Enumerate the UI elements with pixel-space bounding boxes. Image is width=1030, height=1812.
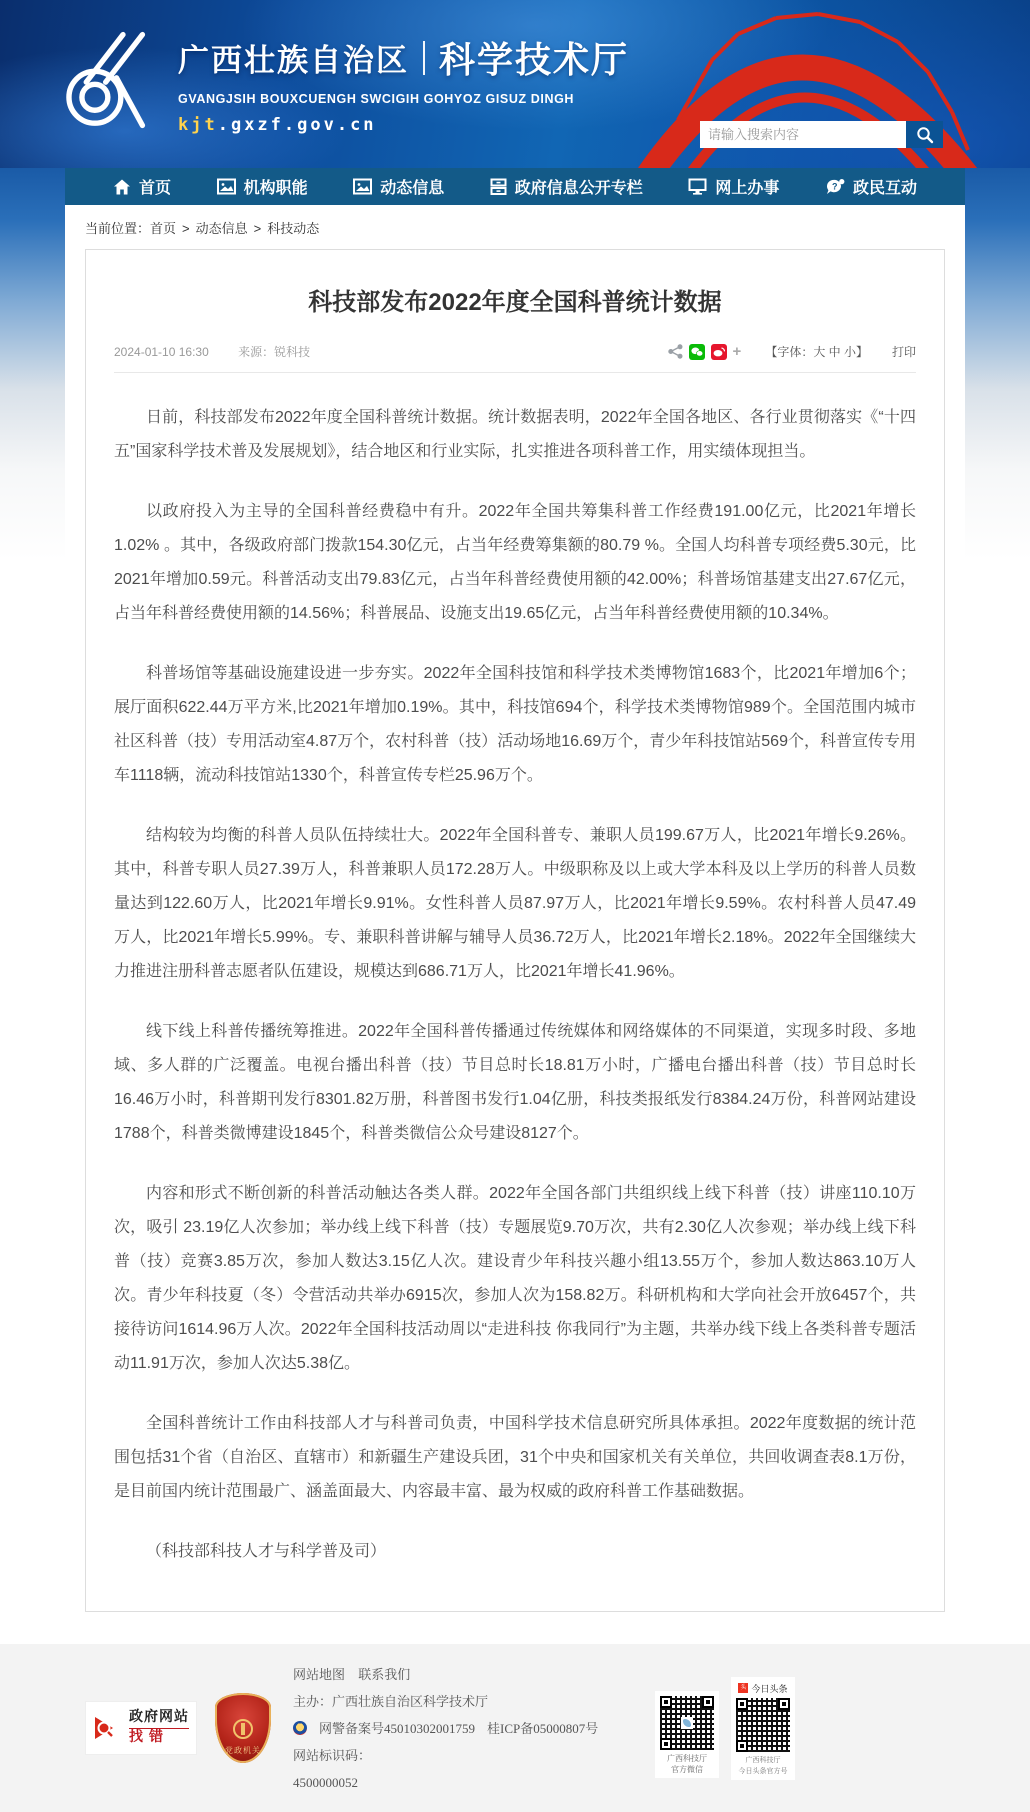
main-nav: 首页 机构职能 动态信息 政府信息公开专栏 网上办事 ? 政民互动 xyxy=(65,168,965,205)
badge-find-line1: 政府网站 xyxy=(129,1709,189,1727)
article-container: 科技部发布2022年度全国科普统计数据 2024-01-10 16:30 来源：… xyxy=(85,249,945,1612)
paragraph: 结构较为均衡的科普人员队伍持续壮大。2022年全国科普专、兼职人员199.67万… xyxy=(114,819,916,989)
brand-subtitle: GVANGJSIH BOUXCUENGH SWCIGIH GOHYOZ GISU… xyxy=(178,92,629,106)
party-badge-label: 党政机关 xyxy=(225,1745,261,1756)
paragraph-signoff: （科技部科技人才与科学普及司） xyxy=(114,1535,916,1569)
brand-divider xyxy=(423,41,425,75)
badge-find-line2: 找错 xyxy=(129,1728,189,1747)
share-bar: + xyxy=(668,343,742,360)
party-shield-badge[interactable]: 党政机关 xyxy=(215,1693,271,1763)
toutiao-qr-caption1: 广西科技厅 xyxy=(736,1755,790,1766)
magnifier-flag-icon xyxy=(93,1713,123,1743)
article-body: 日前，科技部发布2022年度全国科普统计数据。统计数据表明，2022年全国各地区… xyxy=(114,401,916,1569)
paragraph: 日前，科技部发布2022年度全国科普统计数据。统计数据表明，2022年全国各地区… xyxy=(114,401,916,469)
nav-label: 政府信息公开专栏 xyxy=(515,175,643,198)
org-name: 广西壮族自治区 xyxy=(178,35,409,80)
site-search xyxy=(700,121,943,148)
archive-icon xyxy=(490,178,507,196)
more-share-icon[interactable]: + xyxy=(733,343,742,360)
police-record-number[interactable]: 网警备案号45010302001759 xyxy=(319,1715,475,1742)
gov-site-error-report-badge[interactable]: 政府网站 找错 xyxy=(85,1701,197,1755)
nav-item-org-functions[interactable]: 机构职能 xyxy=(217,175,308,198)
site-banner: 广西壮族自治区 科学技术厅 GVANGJSIH BOUXCUENGH SWCIG… xyxy=(0,0,1030,168)
paragraph: 科普场馆等基础设施建设进一步夯实。2022年全国科技馆和科学技术类博物馆1683… xyxy=(114,657,916,793)
nav-label: 动态信息 xyxy=(380,175,444,198)
gxst-logo-icon xyxy=(56,24,164,136)
nav-item-interaction[interactable]: ? 政民互动 xyxy=(825,175,917,198)
breadcrumb: 当前位置：首页>动态信息>科技动态 xyxy=(65,205,965,247)
nav-label: 政民互动 xyxy=(853,175,917,198)
site-brand: 广西壮族自治区 科学技术厅 GVANGJSIH BOUXCUENGH SWCIG… xyxy=(178,32,629,135)
breadcrumb-home-link[interactable]: 首页 xyxy=(150,221,176,236)
article-meta: 2024-01-10 16:30 来源：锐科技 + 【字体：大 中 xyxy=(114,343,916,373)
paragraph: 以政府投入为主导的全国科普经费稳中有升。2022年全国共筹集科普工作经费191.… xyxy=(114,495,916,631)
monitor-icon xyxy=(688,178,707,195)
qr-center-logo-icon xyxy=(681,1717,693,1729)
search-button[interactable] xyxy=(906,121,943,148)
breadcrumb-section-link[interactable]: 动态信息 xyxy=(196,221,248,236)
toutiao-qr-card: 头 今日头条 广西科技厅 今日头条官方号 xyxy=(731,1677,795,1780)
site-footer: 政府网站 找错 党政机关 网站地图 联系我们 主办：广西壮族自治区科学技术厅 网… xyxy=(0,1644,1030,1812)
print-button[interactable]: 打印 xyxy=(892,343,916,360)
article-date: 2024-01-10 16:30 xyxy=(114,345,209,359)
paragraph: 线下线上科普传播统筹推进。2022年全国科普传播通过传统媒体和网络媒体的不同渠道… xyxy=(114,1015,916,1151)
search-icon xyxy=(916,126,934,144)
wechat-qr-caption1: 广西科技厅 xyxy=(660,1753,714,1764)
wechat-qr-code-image xyxy=(660,1696,714,1750)
svg-text:?: ? xyxy=(832,181,838,191)
nav-item-gov-info[interactable]: 政府信息公开专栏 xyxy=(490,175,643,198)
party-emblem-icon xyxy=(233,1719,253,1739)
nav-label: 网上办事 xyxy=(715,175,779,198)
nav-label: 首页 xyxy=(139,175,171,198)
wechat-share-icon[interactable] xyxy=(689,344,705,360)
picture-icon xyxy=(217,178,236,195)
article-meta-right: + 【字体：大 中 小】 打印 xyxy=(668,343,916,360)
icp-number[interactable]: 桂ICP备05000807号 xyxy=(487,1715,598,1742)
footer-registration-line: 网警备案号45010302001759 桂ICP备05000807号 网站标识码… xyxy=(293,1715,625,1769)
paragraph: 全国科普统计工作由科技部人才与科普司负责，中国科学技术信息研究所具体承担。202… xyxy=(114,1407,916,1509)
share-icon[interactable] xyxy=(668,344,683,359)
font-size-control[interactable]: 【字体：大 中 小】 xyxy=(765,343,868,360)
contact-link[interactable]: 联系我们 xyxy=(358,1667,410,1682)
chat-question-icon: ? xyxy=(825,178,845,196)
sitemap-link[interactable]: 网站地图 xyxy=(293,1667,345,1682)
dept-name: 科学技术厅 xyxy=(439,32,629,83)
article-source: 来源：锐科技 xyxy=(238,345,310,359)
nav-item-news[interactable]: 动态信息 xyxy=(353,175,444,198)
content-panel: 当前位置：首页>动态信息>科技动态 科技部发布2022年度全国科普统计数据 20… xyxy=(65,205,965,1628)
nav-label: 机构职能 xyxy=(244,175,308,198)
nav-item-home[interactable]: 首页 xyxy=(113,175,171,198)
site-code-value: 4500000052 xyxy=(293,1769,625,1796)
search-input[interactable] xyxy=(700,121,906,148)
footer-host: 主办：广西壮族自治区科学技术厅 xyxy=(293,1688,625,1715)
content-column: 首页 机构职能 动态信息 政府信息公开专栏 网上办事 ? 政民互动 当前位置：首… xyxy=(65,168,965,1628)
wechat-qr-caption2: 官方微信 xyxy=(660,1764,714,1775)
footer-qr-codes: 广西科技厅 官方微信 头 今日头条 广西科技厅 今日头条官方号 xyxy=(655,1677,795,1780)
toutiao-header: 今日头条 xyxy=(751,1682,787,1695)
police-badge-icon xyxy=(293,1721,307,1735)
toutiao-logo-icon: 头 xyxy=(738,1683,748,1693)
breadcrumb-prefix: 当前位置： xyxy=(85,221,150,236)
weibo-share-icon[interactable] xyxy=(711,344,727,360)
breadcrumb-current: 科技动态 xyxy=(267,221,319,236)
breadcrumb-separator: > xyxy=(182,221,190,236)
nav-item-online-services[interactable]: 网上办事 xyxy=(688,175,779,198)
article-meta-left: 2024-01-10 16:30 来源：锐科技 xyxy=(114,343,336,360)
site-url: kjt.gxzf.gov.cn xyxy=(178,115,629,135)
breadcrumb-separator: > xyxy=(254,221,262,236)
home-icon xyxy=(113,178,131,196)
footer-links: 网站地图 联系我们 xyxy=(293,1661,625,1688)
toutiao-qr-code-image xyxy=(736,1698,790,1752)
article-title: 科技部发布2022年度全国科普统计数据 xyxy=(124,282,906,317)
paragraph: 内容和形式不断创新的科普活动触达各类人群。2022年全国各部门共组织线上线下科普… xyxy=(114,1177,916,1381)
toutiao-qr-caption2: 今日头条官方号 xyxy=(736,1766,790,1777)
site-code-label: 网站标识码： xyxy=(293,1742,371,1769)
footer-info: 网站地图 联系我们 主办：广西壮族自治区科学技术厅 网警备案号450103020… xyxy=(293,1661,625,1796)
wechat-qr-card: 广西科技厅 官方微信 xyxy=(655,1691,719,1778)
picture-icon xyxy=(353,178,372,195)
